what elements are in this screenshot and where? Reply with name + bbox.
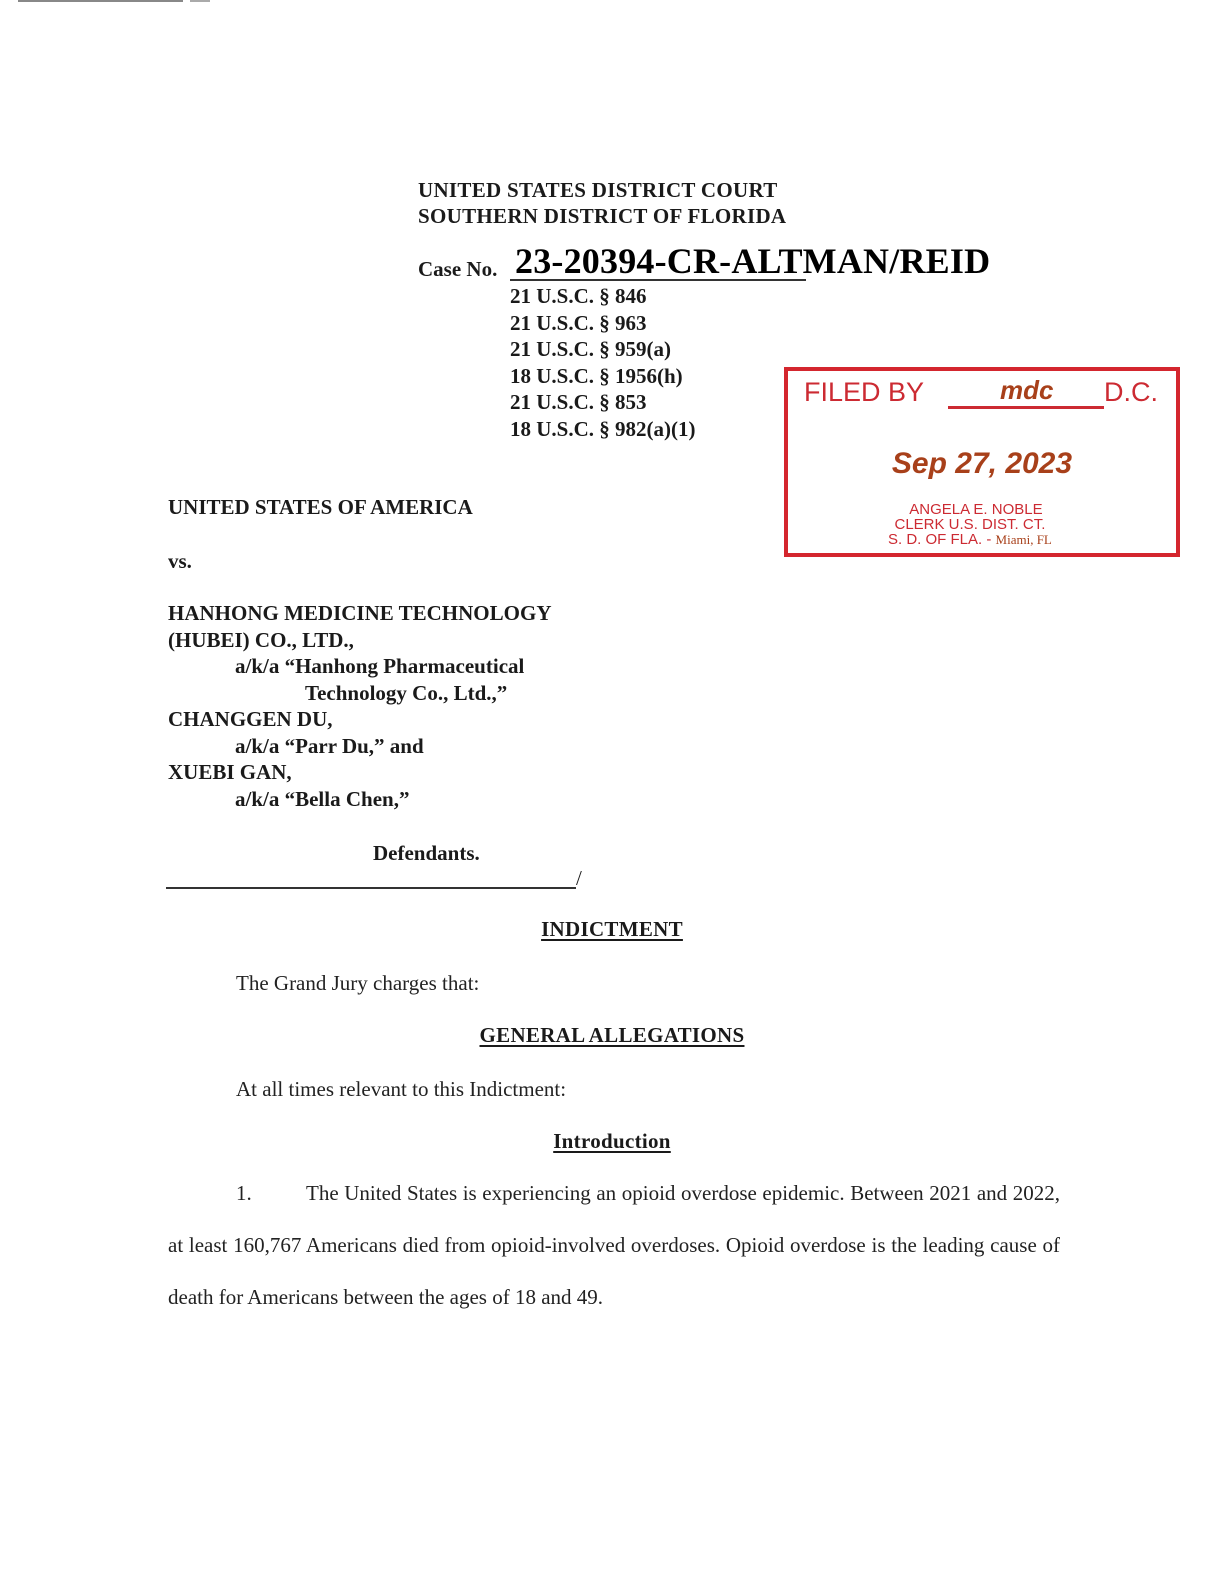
scan-artifact-line bbox=[190, 0, 210, 2]
stamp-filed-by-label: FILED BY bbox=[804, 377, 924, 408]
subsection-heading: Introduction bbox=[0, 1129, 1224, 1154]
defendant-name: (HUBEI) CO., LTD., bbox=[168, 627, 552, 654]
filed-stamp: FILED BY mdc D.C. Sep 27, 2023 ANGELA E.… bbox=[784, 367, 1180, 557]
document-title-text: INDICTMENT bbox=[541, 917, 683, 941]
defendant-aka: a/k/a “Parr Du,” and bbox=[168, 733, 552, 760]
stamp-location: Miami, FL bbox=[996, 532, 1052, 547]
stamp-district-line: S. D. OF FLA. - Miami, FL bbox=[888, 532, 1052, 547]
court-district: SOUTHERN DISTRICT OF FLORIDA bbox=[418, 203, 786, 229]
grand-jury-statement: The Grand Jury charges that: bbox=[236, 971, 479, 996]
versus: vs. bbox=[168, 548, 192, 575]
stamp-clerk-block: ANGELA E. NOBLE CLERK U.S. DIST. CT. S. … bbox=[888, 502, 1052, 547]
stamp-dc-label: D.C. bbox=[1104, 377, 1158, 408]
caption-rule bbox=[166, 887, 576, 889]
stamp-clerk-initials: mdc bbox=[1000, 375, 1053, 406]
relevance-statement: At all times relevant to this Indictment… bbox=[236, 1077, 566, 1102]
defendant-aka: a/k/a “Hanhong Pharmaceutical bbox=[168, 653, 552, 680]
subsection-heading-text: Introduction bbox=[553, 1129, 671, 1153]
paragraph: 1.The United States is experiencing an o… bbox=[168, 1167, 1060, 1323]
plaintiff: UNITED STATES OF AMERICA bbox=[168, 494, 473, 521]
caption-slash: / bbox=[576, 866, 582, 891]
court-header: UNITED STATES DISTRICT COURT SOUTHERN DI… bbox=[418, 177, 786, 229]
defendant-name: HANHONG MEDICINE TECHNOLOGY bbox=[168, 600, 552, 627]
stamp-signature-line bbox=[948, 406, 1104, 409]
statute: 21 U.S.C. § 846 bbox=[510, 283, 695, 310]
defendants-label: Defendants. bbox=[373, 840, 480, 867]
stamp-filing-date: Sep 27, 2023 bbox=[788, 447, 1176, 481]
statute: 21 U.S.C. § 963 bbox=[510, 310, 695, 337]
case-number: 23-20394-CR-ALTMAN/REID bbox=[515, 240, 990, 282]
defendant-aka: Technology Co., Ltd.,” bbox=[168, 680, 552, 707]
defendants-block: HANHONG MEDICINE TECHNOLOGY (HUBEI) CO.,… bbox=[168, 600, 552, 812]
stamp-clerk-title: CLERK U.S. DIST. CT. bbox=[888, 517, 1052, 532]
section-heading: GENERAL ALLEGATIONS bbox=[0, 1023, 1224, 1048]
document-title: INDICTMENT bbox=[0, 917, 1224, 942]
statute: 18 U.S.C. § 982(a)(1) bbox=[510, 416, 695, 443]
defendant-name: XUEBI GAN, bbox=[168, 759, 552, 786]
stamp-clerk-name: ANGELA E. NOBLE bbox=[888, 502, 1052, 517]
paragraph-number: 1. bbox=[168, 1167, 306, 1219]
statute-list: 21 U.S.C. § 846 21 U.S.C. § 963 21 U.S.C… bbox=[510, 283, 695, 442]
court-name: UNITED STATES DISTRICT COURT bbox=[418, 177, 786, 203]
statute: 18 U.S.C. § 1956(h) bbox=[510, 363, 695, 390]
statute: 21 U.S.C. § 959(a) bbox=[510, 336, 695, 363]
statute: 21 U.S.C. § 853 bbox=[510, 389, 695, 416]
section-heading-text: GENERAL ALLEGATIONS bbox=[480, 1023, 745, 1047]
defendant-aka: a/k/a “Bella Chen,” bbox=[168, 786, 552, 813]
defendant-name: CHANGGEN DU, bbox=[168, 706, 552, 733]
stamp-district: S. D. OF FLA. - bbox=[888, 531, 991, 548]
scan-artifact-line bbox=[18, 0, 183, 2]
case-number-label: Case No. bbox=[418, 257, 497, 282]
